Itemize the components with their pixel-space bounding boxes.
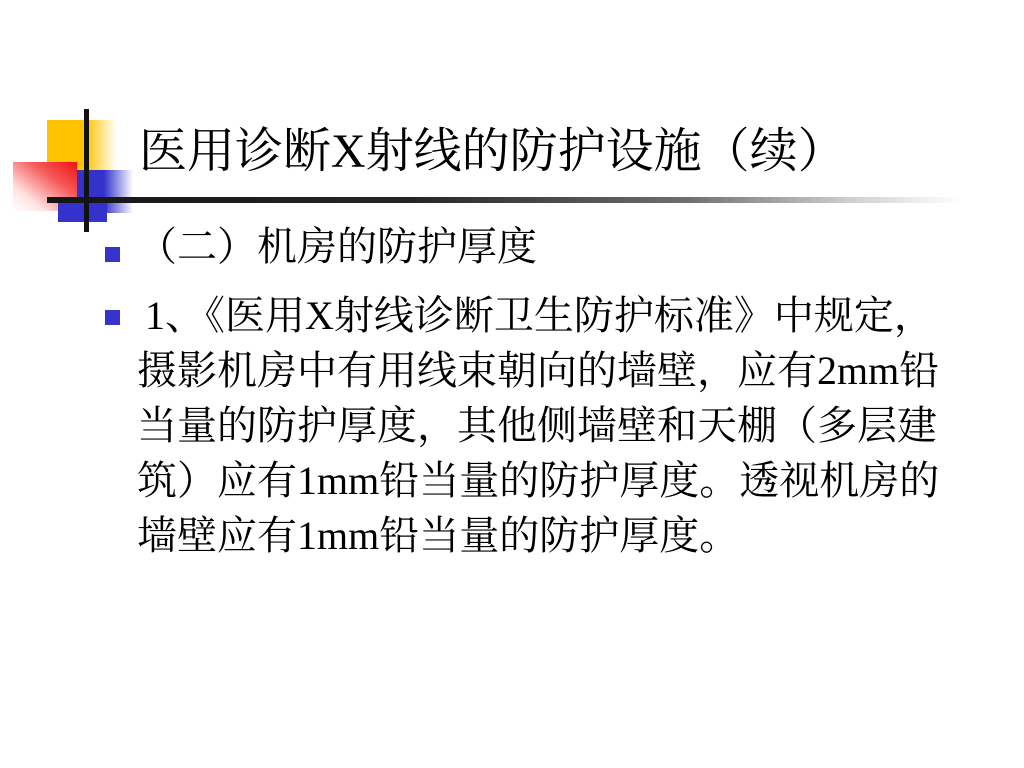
decoration-vertical-line [84,109,89,232]
bullet-text-line: 摄影机房中有用线束朝向的墙壁，应有2mm铅 [137,343,939,398]
slide-title: 医用诊断X射线的防护设施（续） [139,122,846,182]
title-divider-line [47,197,960,203]
bullet-item-2: 1、《医用X射线诊断卫生防护标准》中规定， 摄影机房中有用线束朝向的墙壁，应有2… [137,288,939,563]
bullet-text-line: 筑）应有1mm铅当量的防护厚度。透视机房的 [137,453,939,508]
bullet-item-1: （二）机房的防护厚度 [137,219,537,274]
bullet-square-icon [105,310,120,325]
bullet-text-line: （二）机房的防护厚度 [137,219,537,274]
bullet-text-line: 当量的防护厚度，其他侧墙壁和天棚（多层建 [137,398,939,453]
bullet-square-icon [105,247,120,262]
bullet-text-line: 1、《医用X射线诊断卫生防护标准》中规定， [137,288,939,343]
slide: 医用诊断X射线的防护设施（续） （二）机房的防护厚度 1、《医用X射线诊断卫生防… [0,0,1024,768]
bullet-text-line: 墙壁应有1mm铅当量的防护厚度。 [137,508,939,563]
